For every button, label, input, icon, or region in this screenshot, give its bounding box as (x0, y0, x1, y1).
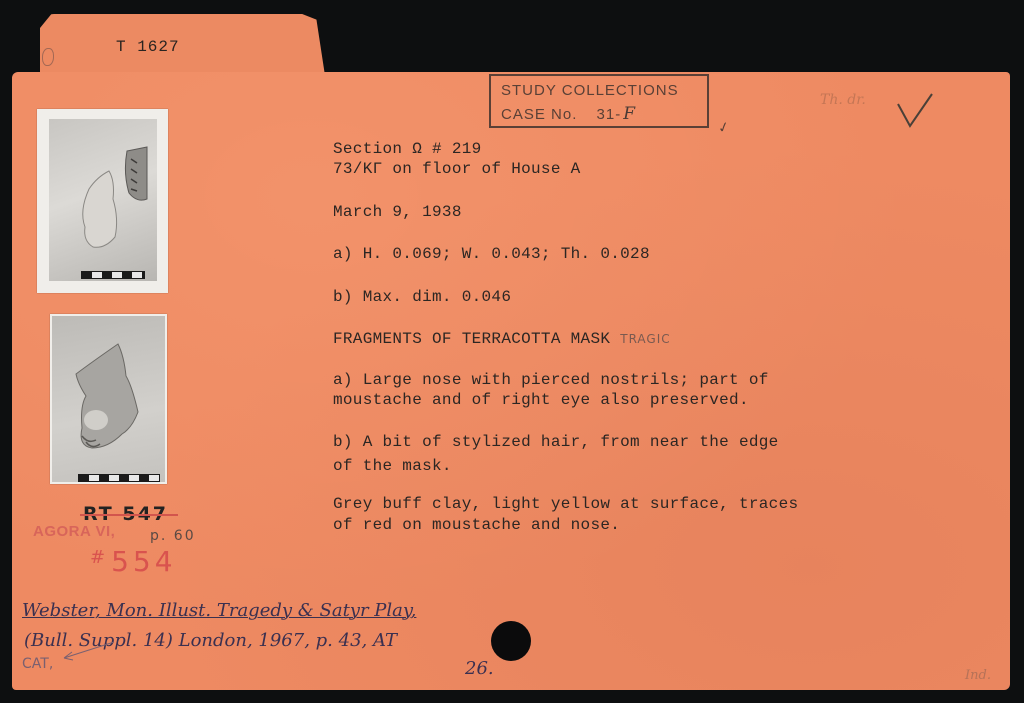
description-a-line2: moustache and of right eye also preserve… (333, 390, 749, 410)
inventory-number: T 1627 (116, 38, 180, 56)
description-b-line1: b) A bit of stylized hair, from near the… (333, 432, 779, 452)
catalog-number-value: 554 (111, 545, 176, 578)
faint-pencil-note: Th. dr. (820, 92, 866, 108)
scale-bar (78, 474, 160, 482)
photo-nose-fragment (50, 314, 167, 484)
object-title: FRAGMENTS OF TERRACOTTA MASKTRAGIC (333, 329, 671, 349)
study-collections-stamp: STUDY COLLECTIONS CASE No. 31-F (489, 74, 709, 128)
clay-line1: Grey buff clay, light yellow at surface,… (333, 494, 798, 514)
agora-page-ref: p. 60 (150, 528, 196, 544)
strike-line (80, 514, 178, 516)
bibliography-line1: Webster, Mon. Illust. Tragedy & Satyr Pl… (22, 600, 416, 621)
dimensions-a: a) H. 0.069; W. 0.043; Th. 0.028 (333, 244, 650, 264)
mask-fragment-icon (49, 119, 157, 281)
description-b-line2: of the mask. (333, 456, 452, 476)
page-suffix: 26. (465, 658, 494, 679)
title-annotation: TRAGIC (620, 332, 670, 346)
section-line: Section Ω # 219 (333, 139, 482, 159)
cat-note: CAT, (22, 656, 53, 672)
clay-line2: of red on moustache and nose. (333, 515, 620, 535)
description-a-line1: a) Large nose with pierced nostrils; par… (333, 370, 769, 390)
nose-fragment-icon (52, 316, 165, 482)
arrow-icon (58, 640, 118, 662)
date-line: March 9, 1938 (333, 202, 462, 222)
checkmark-icon (896, 92, 936, 132)
photo-image (49, 119, 157, 281)
stamp-title: STUDY COLLECTIONS (501, 82, 679, 99)
dimensions-b: b) Max. dim. 0.046 (333, 287, 511, 307)
stamp-case: CASE No. 31-F (501, 104, 636, 124)
stamp-case-number: 31- (597, 106, 622, 123)
stamp-case-letter: F (623, 104, 636, 124)
hash-symbol: # (90, 547, 109, 568)
location-line: 73/ΚΓ on floor of House A (333, 159, 581, 179)
object-title-text: FRAGMENTS OF TERRACOTTA MASK (333, 330, 610, 348)
faint-initials: Ind. (965, 668, 991, 683)
stamp-case-label: CASE No. (501, 106, 577, 123)
pencil-scribble (42, 48, 54, 66)
photo-fragments (37, 109, 168, 293)
scale-bar (81, 271, 145, 279)
photo-image (52, 316, 165, 482)
punch-hole (491, 621, 531, 661)
catalog-number: #554 (90, 545, 177, 578)
agora-volume-stamp: AGORA VI, (33, 523, 115, 540)
